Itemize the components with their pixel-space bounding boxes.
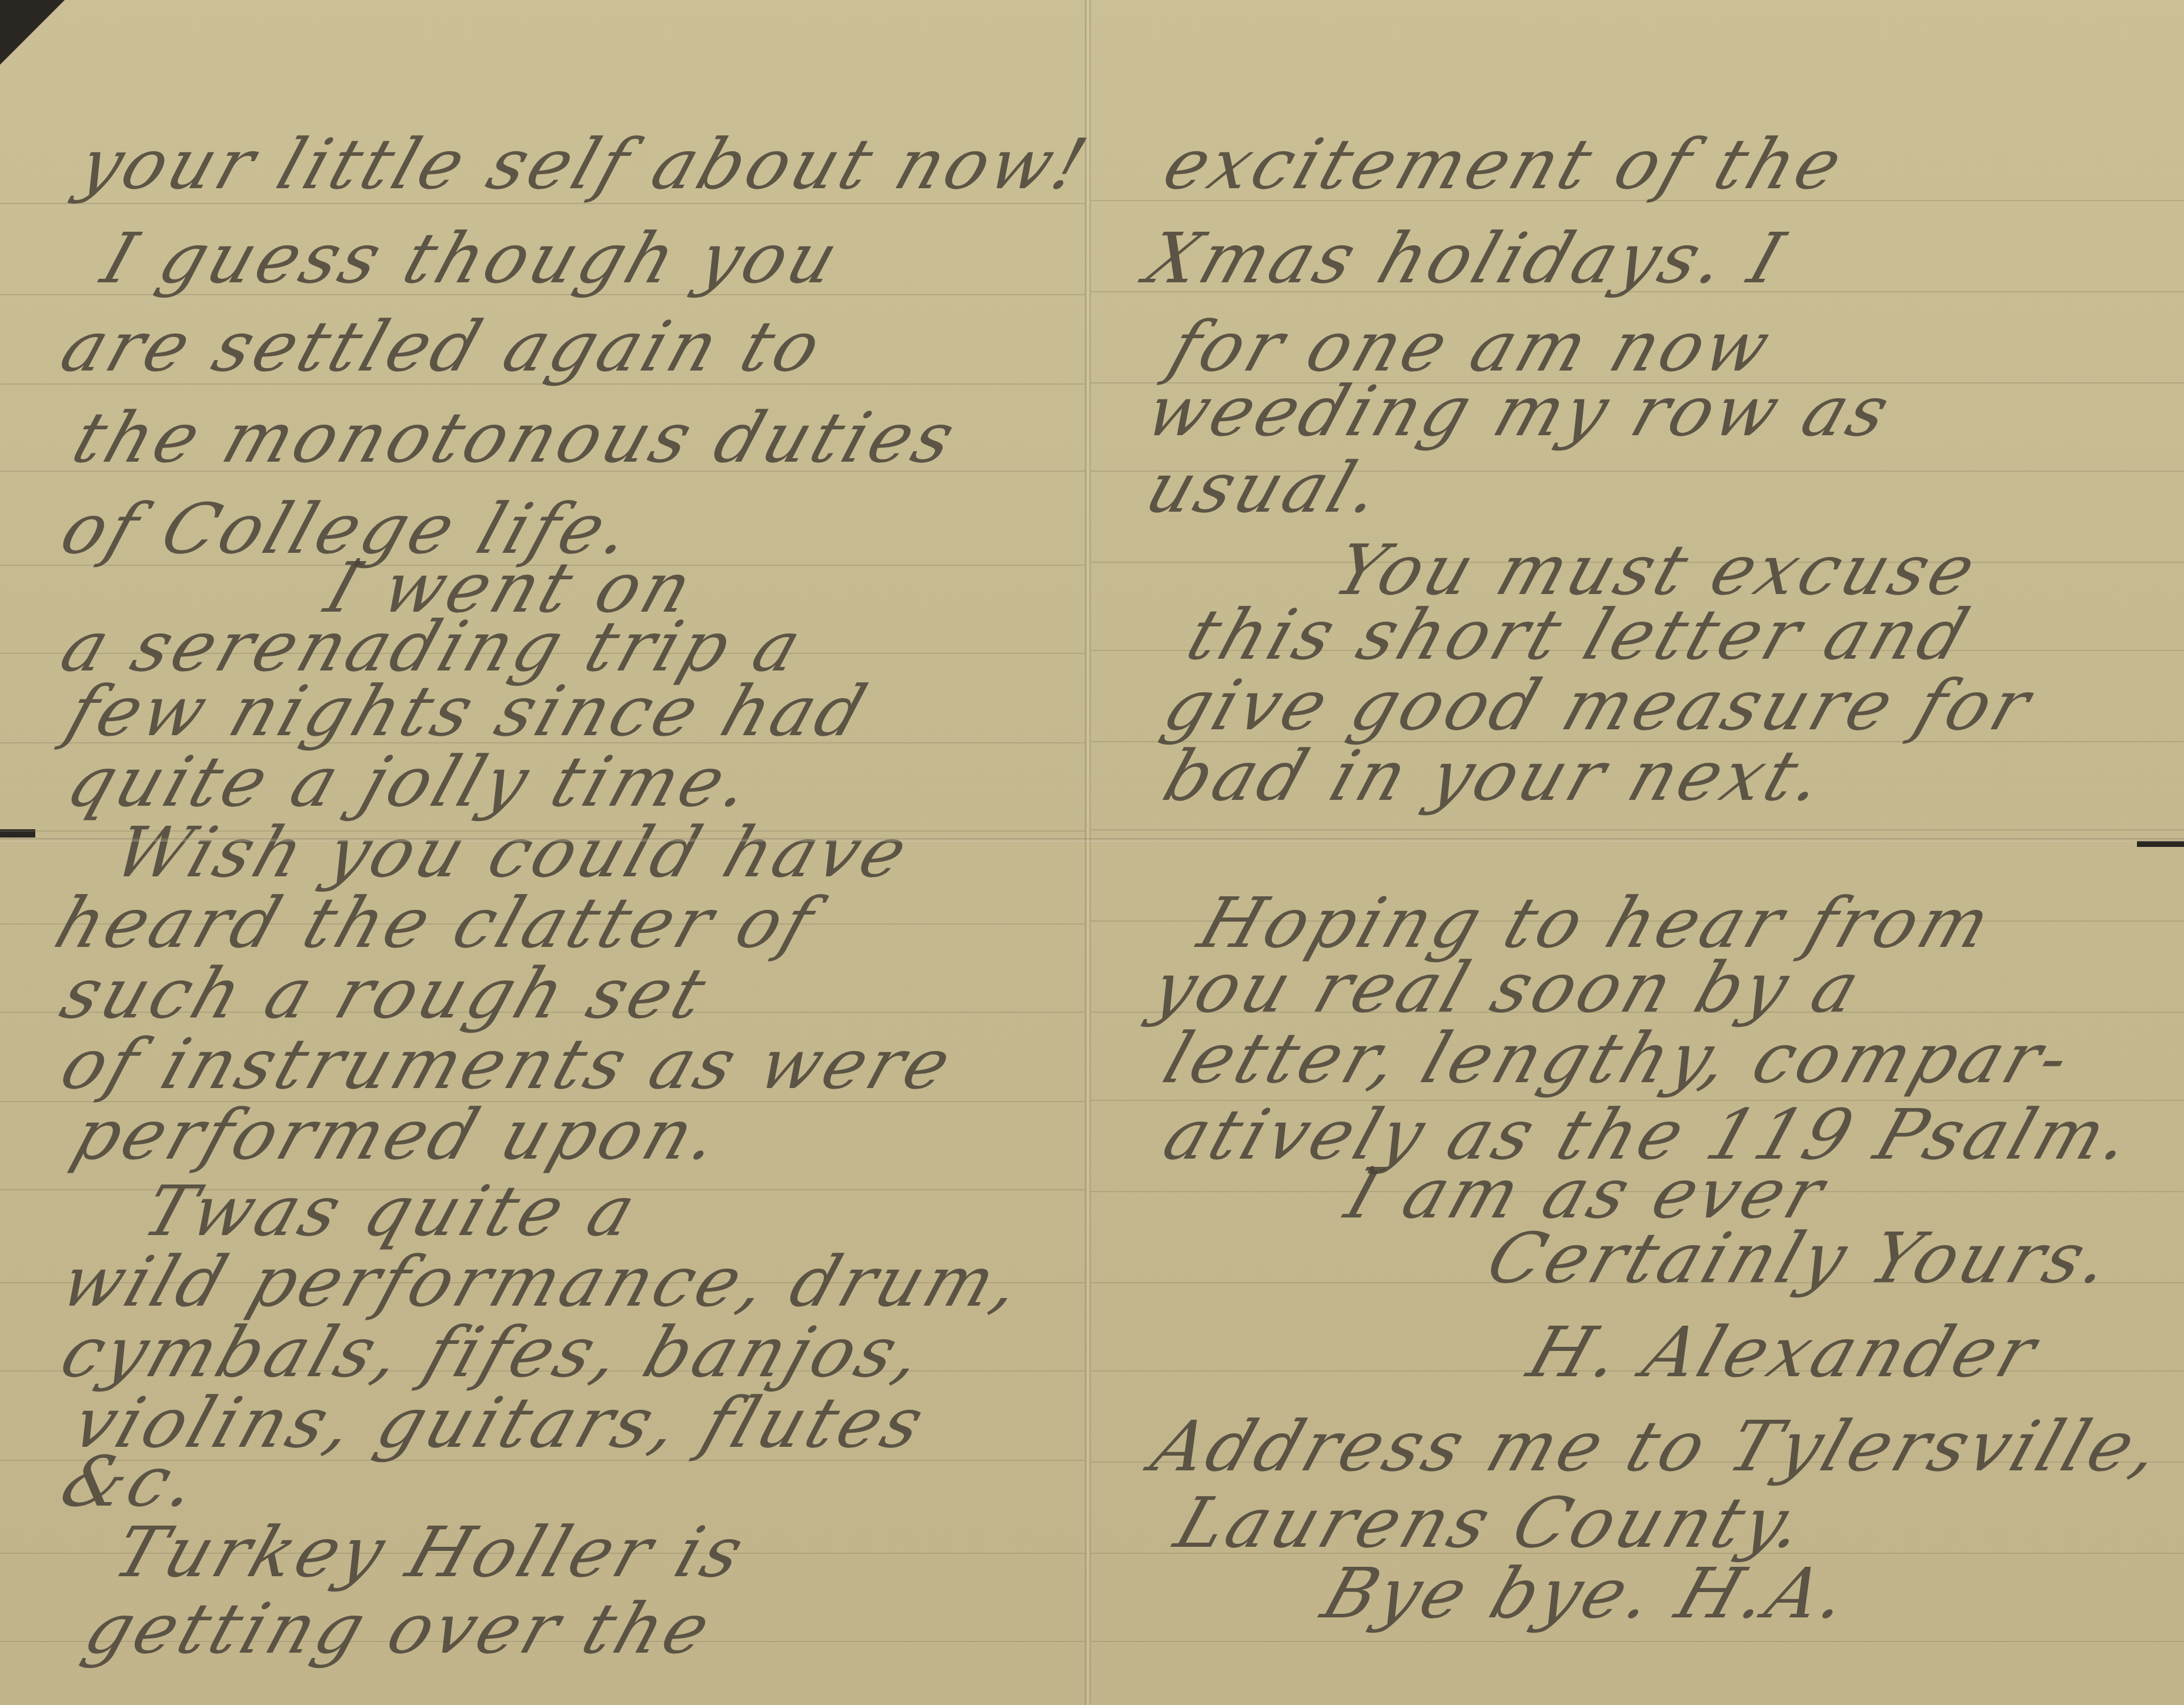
right-page: excitement of the Xmas holidays. I for o… <box>1091 0 2184 1705</box>
text-line: give good measure for <box>1154 665 2043 746</box>
text-line: Twas quite a <box>134 1170 649 1252</box>
text-line: wild performance, drum, <box>52 1241 1035 1322</box>
text-line: quite a jolly time. <box>58 741 764 822</box>
text-line: weeding my row as <box>1137 371 1903 452</box>
text-line: Laurens County. <box>1166 1482 1818 1563</box>
left-page: your little self about now! I guess thou… <box>0 0 1085 1705</box>
signature: H. Alexander <box>1519 1312 2049 1393</box>
text-line: this short letter and <box>1178 594 1982 675</box>
text-line: getting over the <box>75 1588 724 1669</box>
text-line: such a rough set <box>52 953 719 1034</box>
text-line: Turkey Holler is <box>105 1512 757 1593</box>
center-fold <box>1085 0 1091 1705</box>
text-line: excitement of the <box>1154 124 1855 205</box>
text-line: of instruments as were <box>52 1023 964 1105</box>
text-line: performed upon. <box>64 1094 733 1175</box>
text-line: the monotonous duties <box>64 397 968 478</box>
text-line: I guess though you <box>93 218 851 299</box>
text-line: Certainly Yours. <box>1478 1217 2125 1299</box>
text-line: Xmas holidays. I <box>1137 218 1796 299</box>
text-line: cymbals, fifes, banjos, <box>52 1312 937 1393</box>
text-line: you real soon by a <box>1143 947 1873 1028</box>
text-line: &c. <box>52 1441 211 1522</box>
text-line: your little self about now! <box>69 124 1100 205</box>
text-line: bad in your next. <box>1154 735 1838 816</box>
text-line: heard the clatter of <box>46 882 827 963</box>
text-line: letter, lengthy, compar- <box>1154 1017 2083 1099</box>
letter-scan: your little self about now! I guess thou… <box>0 0 2184 1705</box>
text-line: Address me to Tylersville, <box>1143 1406 2174 1487</box>
text-line: Bye bye. H.A. <box>1313 1553 1862 1634</box>
text-line: few nights since had <box>58 670 879 752</box>
text-line: are settled again to <box>52 306 834 387</box>
text-line: Wish you could have <box>105 812 921 893</box>
text-line: usual. <box>1137 447 1395 528</box>
